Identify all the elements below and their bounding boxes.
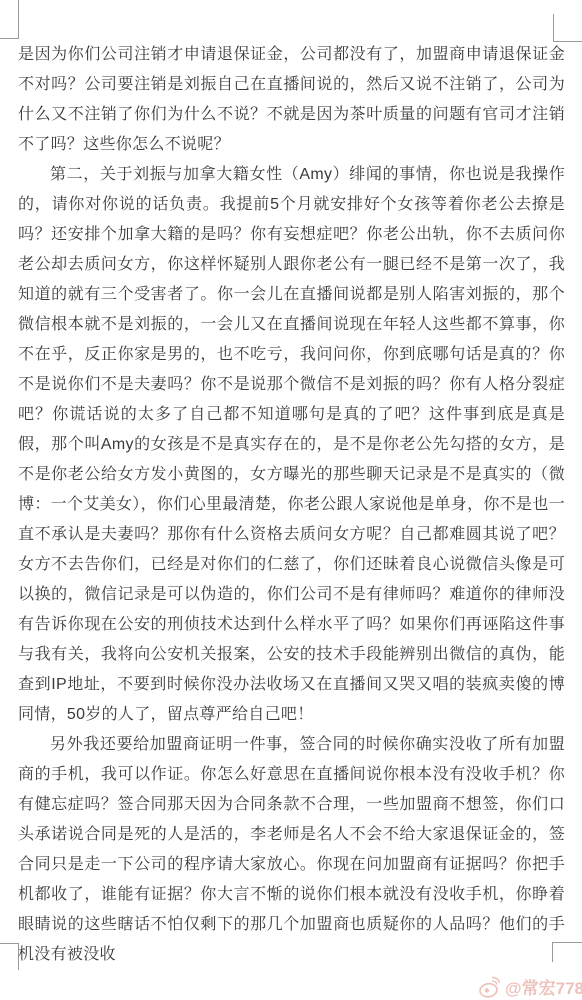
crop-mark-top-right xyxy=(553,14,554,42)
weibo-logo-icon xyxy=(477,975,503,999)
document-page: 是因为你们公司注销才申请退保证金，公司都没有了，加盟商申请退保证金不对吗？公司要… xyxy=(0,0,582,1000)
watermark-handle: @常宏778 xyxy=(505,974,582,999)
crop-mark-top-left xyxy=(18,0,19,38)
paragraph: 是因为你们公司注销才申请退保证金，公司都没有了，加盟商申请退保证金不对吗？公司要… xyxy=(18,40,565,160)
crop-mark-bottom-left xyxy=(0,943,19,944)
crop-mark-top-left xyxy=(0,38,19,39)
paragraph: 另外我还要给加盟商证明一件事，签合同的时候你确实没收了所有加盟商的手机，我可以作… xyxy=(18,730,565,970)
weibo-watermark: @常宏778 xyxy=(477,974,582,999)
document-text: 是因为你们公司注销才申请退保证金，公司都没有了，加盟商申请退保证金不对吗？公司要… xyxy=(18,40,565,970)
paragraph: 第二，关于刘振与加拿大籍女性（Amy）绯闻的事情，你也说是我操作的，请你对你说的… xyxy=(18,160,565,730)
